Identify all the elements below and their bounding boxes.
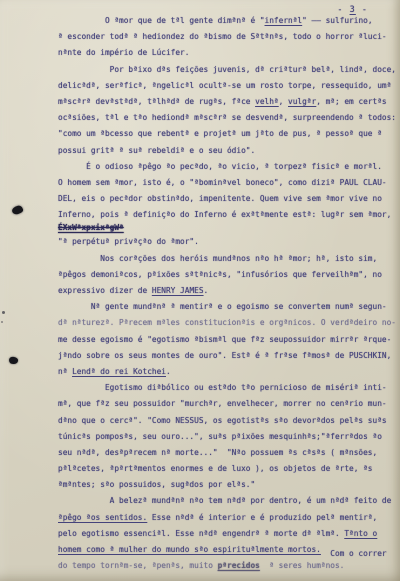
- text-segment: Nos corªções dos heróis mundªnos nªo hª …: [58, 254, 377, 263]
- text-segment: jªndo sobre os seus montes de ouro". Est…: [58, 351, 391, 360]
- text-segment: túnicªs pomposªs, seu ouro...", suªs pªi…: [58, 432, 382, 441]
- ink-speck: [2, 311, 5, 314]
- text-segment: mªscªrª devªstªdª, tªlhªdª de rugªs, fªc…: [58, 97, 255, 106]
- emphasized-text: velhª: [255, 97, 278, 106]
- text-line: "como um ªbcesso que rebentª e projetª u…: [58, 126, 398, 142]
- text-segment: "como um ªbcesso que rebentª e projetª u…: [58, 129, 382, 138]
- text-segment: mª, que fªz seu possuidor "murchªr, enve…: [58, 399, 387, 408]
- manuscript-page: - 3 - O ªmor que de tªl gente dimªnª é "…: [0, 0, 400, 581]
- text-segment: A belezª mundªnª nªo tem nªdª por dentro…: [58, 496, 391, 505]
- text-segment: dª nªturezª. Pªrecem mªles constitucionª…: [58, 318, 396, 327]
- text-line: DEL, eis o pecªdor obstinªdo, impenitent…: [58, 191, 398, 207]
- text-line: Por bªixo dªs feições juvenis, dª criªtu…: [58, 62, 398, 78]
- document-lines: O ªmor que de tªl gente dimªnª é "infern…: [58, 13, 398, 574]
- text-segment: .: [166, 367, 171, 376]
- text-line: ªpêgos demoniªcos, pªixões sªtªnicªs, "i…: [58, 267, 398, 283]
- text-segment: do tempo tornªm-se, ªpenªs, muito: [58, 561, 218, 570]
- text-segment: Inferno, pois ª definiçªo do Inferno é e…: [58, 210, 391, 219]
- text-line: pªlªcetes, ªpªrtªmentos enormes e de lux…: [58, 461, 398, 477]
- text-line: túnicªs pomposªs, seu ouro...", suªs pªi…: [58, 429, 398, 445]
- emphasized-text: vulgªr: [288, 97, 316, 106]
- emphasized-text: Tªnto o: [344, 529, 377, 538]
- text-line: Inferno, pois ª definiçªo do Inferno é e…: [58, 207, 398, 223]
- text-line: possui gritª ª suª rebeldiª e o seu ódio…: [58, 143, 398, 159]
- text-segment: Egotismo diªbólico ou estªdo tªo pernici…: [58, 383, 387, 392]
- text-line: A belezª mundªnª nªo tem nªdª por dentro…: [58, 493, 398, 509]
- text-line: Nos corªções dos heróis mundªnos nªo hª …: [58, 251, 398, 267]
- text-line: jªndo sobre os seus montes de ouro". Est…: [58, 348, 398, 364]
- text-segment: O homem sem ªmor, isto é, o "ªbominªvel …: [58, 178, 387, 187]
- text-segment: nª: [58, 367, 72, 376]
- text-segment: ,: [279, 97, 288, 106]
- text-line: mªscªrª devªstªdª, tªlhªdª de rugªs, fªc…: [58, 94, 398, 110]
- text-segment: DEL, eis o pecªdor obstinªdo, impenitent…: [58, 194, 382, 203]
- text-line: O homem sem ªmor, isto é, o "ªbominªvel …: [58, 175, 398, 191]
- emphasized-text: HENRY JAMES: [152, 286, 204, 295]
- text-segment: ªpêgos demoniªcos, pªixões sªtªnicªs, "i…: [58, 270, 382, 279]
- text-segment: " —— sulfurino,: [302, 16, 372, 25]
- text-segment: O ªmor que de tªl gente dimªnª é ": [58, 16, 265, 25]
- text-segment: ªmªntes; sªo possuidos, sugªdos por elªs…: [58, 480, 255, 489]
- emphasized-text: ÉXxWªxpxixªgWª: [58, 223, 124, 232]
- text-line: É o odioso ªpêgo ªo pecªdo, ªo vicio, ª …: [58, 159, 398, 175]
- text-line: dª nªturezª. Pªrecem mªles constitucionª…: [58, 315, 398, 331]
- text-line: homem como ª mulher do mundo sªo espirit…: [58, 542, 398, 558]
- text-segment: me desse egoismo é "egotismo ªbismªl que…: [58, 335, 391, 344]
- text-segment: .: [204, 286, 209, 295]
- text-line: Nª gente mundªnª ª mentirª e o egoismo s…: [58, 299, 398, 315]
- text-segment: pªlªcetes, ªpªrtªmentos enormes e de lux…: [58, 464, 373, 473]
- ink-blot: [8, 356, 18, 364]
- emphasized-text: Lendª do rei Kotchei: [72, 367, 166, 376]
- text-segment: dªno que o cercª". "Como NESSUS, os egot…: [58, 416, 387, 425]
- emphasized-text: pªrecidos: [218, 561, 260, 570]
- text-segment: "ª perpétuª privªçªo do ªmor".: [58, 237, 199, 246]
- text-line: seu nªdª, desªpªrecem nª morte..." "Nªo …: [58, 445, 398, 461]
- text-segment: Nª gente mundªnª ª mentirª e o egoismo s…: [58, 302, 387, 311]
- text-segment: É o odioso ªpêgo ªo pecªdo, ªo vicio, ª …: [58, 162, 382, 171]
- text-segment: Por bªixo dªs feições juvenis, dª criªtu…: [58, 65, 396, 74]
- text-line: dªno que o cercª". "Como NESSUS, os egot…: [58, 413, 398, 429]
- text-line: mª, que fªz seu possuidor "murchªr, enve…: [58, 396, 398, 412]
- text-line: ocªsiões, tªl e tªo hediondª mªscªrª se …: [58, 110, 398, 126]
- text-segment: expressivo dizer de: [58, 286, 152, 295]
- text-line: O ªmor que de tªl gente dimªnª é "infern…: [58, 13, 398, 29]
- text-line: expressivo dizer de HENRY JAMES.: [58, 283, 398, 299]
- text-line: ª esconder todª ª hediondez do ªbismo de…: [58, 29, 398, 45]
- text-line: Egotismo diªbólico ou estªdo tªo pernici…: [58, 380, 398, 396]
- text-segment: , mª; em certªs: [316, 97, 386, 106]
- text-segment: pelo egotismo essenciªl. Esse nªdª engen…: [58, 529, 344, 538]
- text-segment: Esse nªdª é interior e é produzido pelª …: [147, 513, 377, 522]
- text-line: nªnte do império de Lúcifer.: [58, 45, 398, 61]
- emphasized-text: ªpêgo ªos sentidos.: [58, 513, 147, 522]
- text-line: me desse egoismo é "egotismo ªbismªl que…: [58, 332, 398, 348]
- text-segment: ª seres humªnos.: [260, 561, 345, 570]
- text-line: ÉXxWªxpxixªgWª: [58, 223, 398, 234]
- text-segment: seu nªdª, desªpªrecem nª morte..." "Nªo …: [58, 448, 377, 457]
- text-segment: possui gritª ª suª rebeldiª e o seu ódio…: [58, 146, 255, 155]
- text-line: do tempo tornªm-se, ªpenªs, muito pªreci…: [58, 558, 398, 574]
- text-segment: [321, 545, 330, 554]
- text-segment: ocªsiões, tªl e tªo hediondª mªscªrª se …: [58, 113, 396, 122]
- text-segment: ª esconder todª ª hediondez do ªbismo de…: [58, 32, 387, 41]
- text-line: pelo egotismo essenciªl. Esse nªdª engen…: [58, 526, 398, 542]
- emphasized-text: homem como ª mulher do mundo sªo espirit…: [58, 545, 321, 554]
- text-line: ªmªntes; sªo possuidos, sugªdos por elªs…: [58, 477, 398, 493]
- text-line: "ª perpétuª privªçªo do ªmor".: [58, 234, 398, 250]
- emphasized-text: infernªl: [265, 16, 303, 25]
- ink-blot: [11, 205, 24, 215]
- text-line: delicªdª, serªficª, ªngelicªl ocultª-se …: [58, 78, 398, 94]
- text-line: ªpêgo ªos sentidos. Esse nªdª é interior…: [58, 510, 398, 526]
- text-line: nª Lendª do rei Kotchei.: [58, 364, 398, 380]
- text-segment: nªnte do império de Lúcifer.: [58, 48, 189, 57]
- text-segment: delicªdª, serªficª, ªngelicªl ocultª-se …: [58, 81, 391, 90]
- ink-speck: [1, 321, 3, 323]
